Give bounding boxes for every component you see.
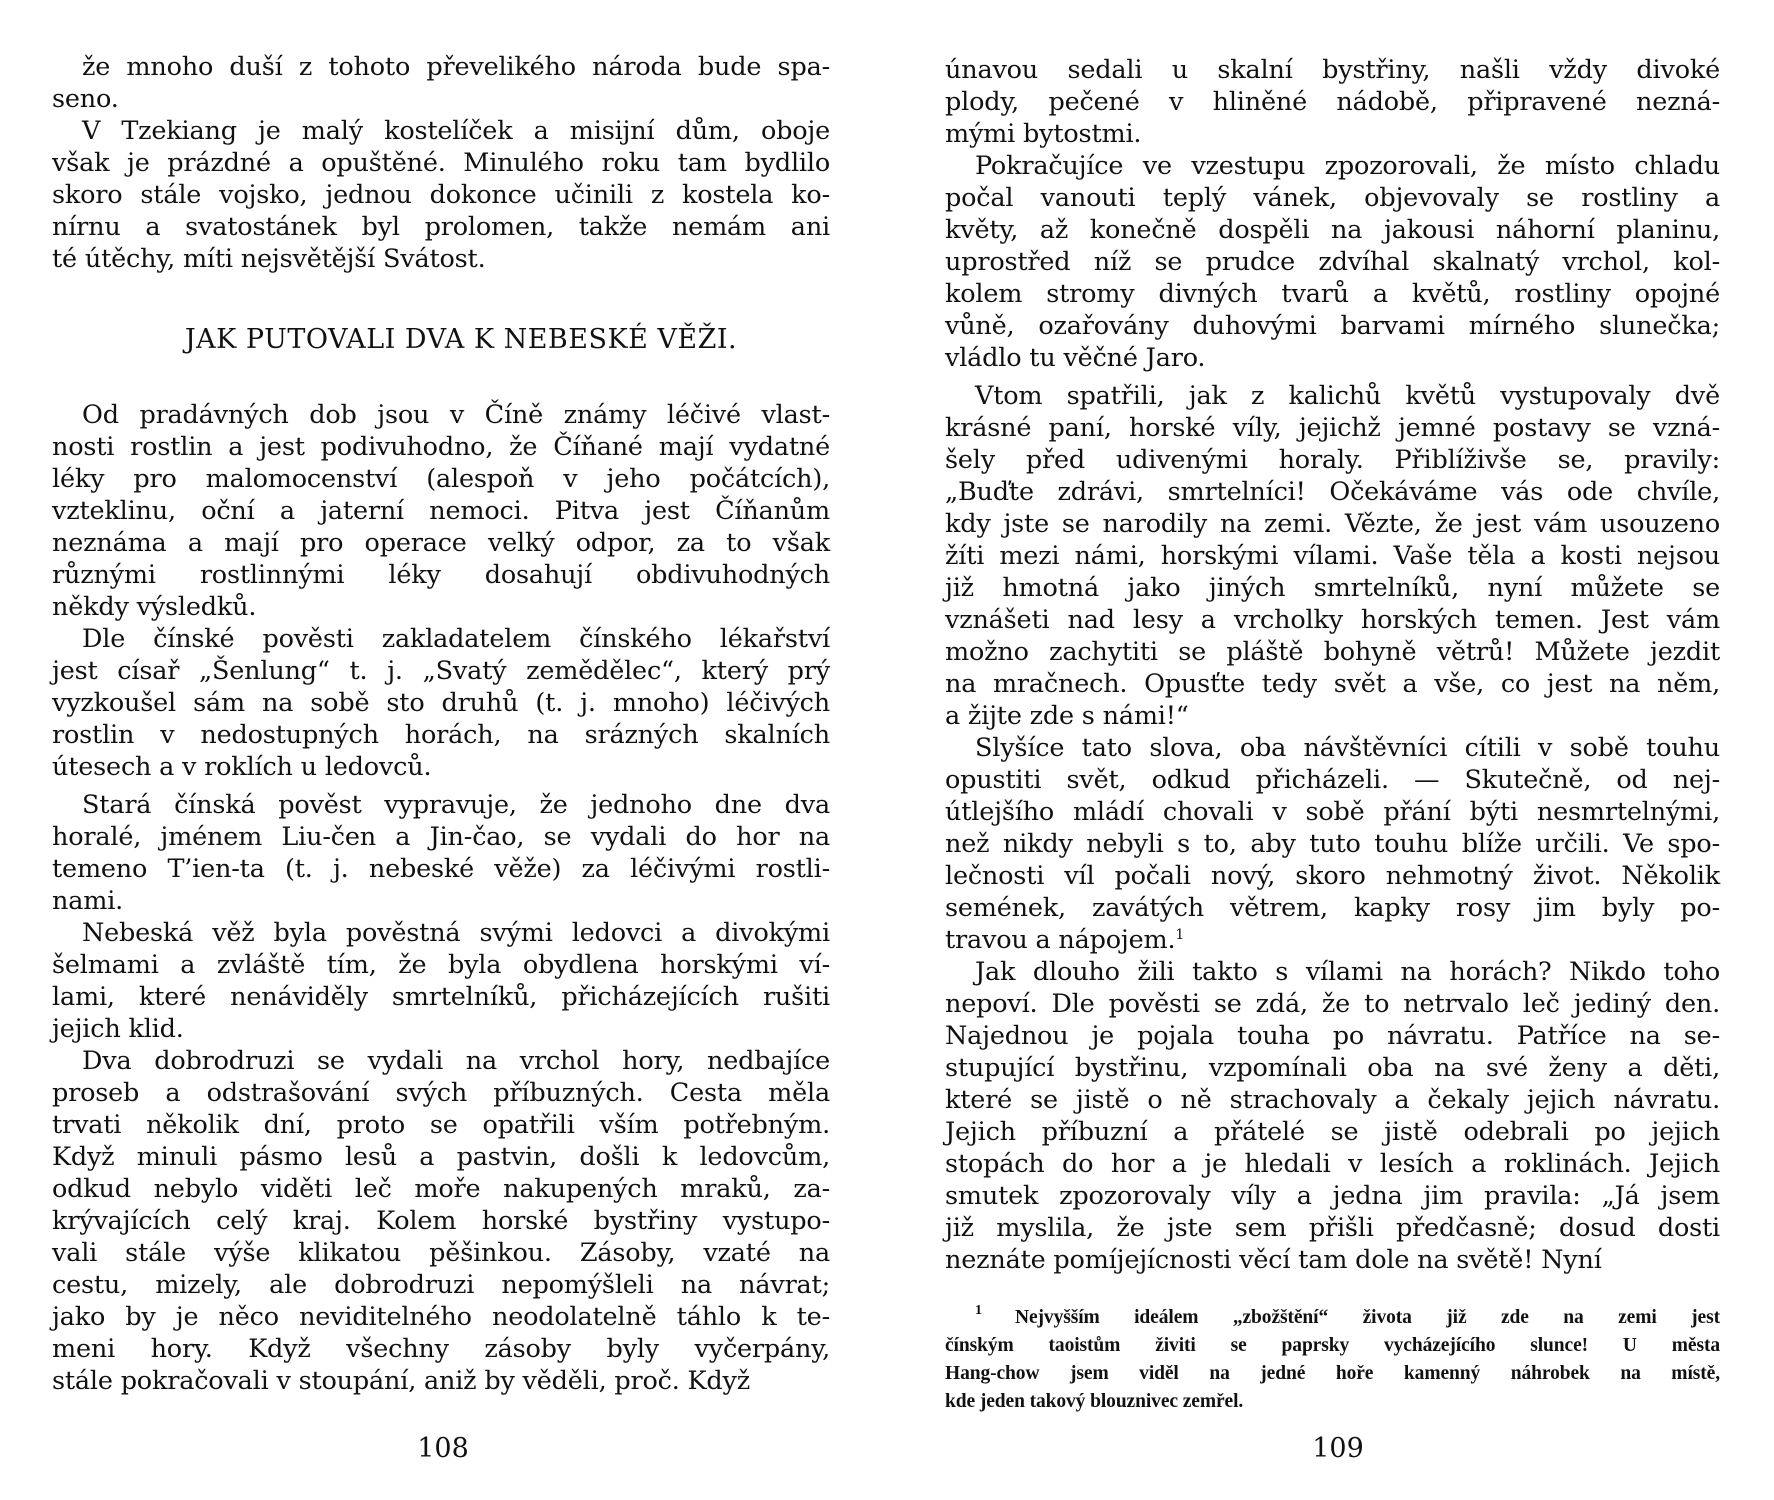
- text-line: krývajících celý kraj. Kolem horské byst…: [52, 1205, 830, 1237]
- text-line: jejich klid.: [52, 1013, 830, 1045]
- text-line: možno zachytiti se pláště bohyně větrů! …: [945, 636, 1720, 668]
- text-line: Od pradávných dob jsou v Číně známy léči…: [52, 399, 830, 431]
- text-line: Dle čínské pověsti zakladatelem čínského…: [52, 623, 830, 655]
- text-line: vali stále výše klikatou pěšinkou. Zásob…: [52, 1237, 830, 1269]
- footnote-line: čínským taoistům živiti se paprsky vychá…: [945, 1332, 1720, 1360]
- text-line: Nebeská věž byla pověstná svými ledovci …: [52, 917, 830, 949]
- text-line: uprostřed níž se prudce zdvíhal skalnatý…: [945, 246, 1720, 278]
- paragraph: Slyšíce tato slova, oba návštěvníci cíti…: [945, 732, 1720, 956]
- text-line: „Buďte zdrávi, smrtelníci! Očekáváme vás…: [945, 476, 1720, 508]
- footnote: 1 Nejvyšším ideálem „zbožštění“ života j…: [945, 1304, 1720, 1416]
- text-line: Jejich příbuzní a přátelé se jistě odebr…: [945, 1116, 1720, 1148]
- text-line: Najednou je pojala touha po návratu. Pat…: [945, 1020, 1720, 1052]
- text-line: šelmami a zvláště tím, že byla obydlena …: [52, 949, 830, 981]
- paragraph: V Tzekiang je malý kostelíček a misijní …: [52, 115, 830, 275]
- text-line: kdy jste se narodily na zemi. Vězte, že …: [945, 508, 1720, 540]
- text-line: však je prázdné a opuštěné. Minulého rok…: [52, 147, 830, 179]
- left-page: že mnoho duší z tohoto převelikého národ…: [52, 0, 830, 1500]
- page-number-left: 108: [403, 1432, 483, 1466]
- text-line: skoro stále vojsko, jednou dokonce učini…: [52, 179, 830, 211]
- text-line: vznášeti nad lesy a vrcholky horských te…: [945, 604, 1720, 636]
- text-line: únavou sedali u skalní bystřiny, našli v…: [945, 54, 1720, 86]
- text-line: jako by je něco neviditelného neodolatel…: [52, 1301, 830, 1333]
- text-line: mými bytostmi.: [945, 118, 1720, 150]
- text-line: stopách do hor a je hledali v lesích a r…: [945, 1148, 1720, 1180]
- text-line: nosti rostlin a jest podivuhodno, že Číň…: [52, 431, 830, 463]
- text-line: semének, zavátých větrem, kapky rosy jim…: [945, 892, 1720, 924]
- footnote-line: kde jeden takový blouznivec zemřel.: [945, 1388, 1720, 1416]
- text-line: seno.: [52, 83, 830, 115]
- text-line: léky pro malomocenství (alespoň v jeho p…: [52, 463, 830, 495]
- text-line: rostlin v nedostupných horách, na srázný…: [52, 719, 830, 751]
- right-body-text: únavou sedali u skalní bystřiny, našli v…: [945, 54, 1720, 1276]
- text-line: nami.: [52, 885, 830, 917]
- text-line: květy, až konečně dospěli na jakousi náh…: [945, 214, 1720, 246]
- footnote-reference[interactable]: 1: [1175, 927, 1184, 943]
- paragraph: Jak dlouho žili takto s vílami na horách…: [945, 956, 1720, 1276]
- text-line: horalé, jménem Liu-čen a Jin-čao, se vyd…: [52, 821, 830, 853]
- left-body-text: Od pradávných dob jsou v Číně známy léči…: [52, 399, 830, 1397]
- footnote-line: 1 Nejvyšším ideálem „zbožštění“ života j…: [945, 1304, 1720, 1332]
- text-line: neznáte pomíjejícnosti věcí tam dole na …: [945, 1244, 1720, 1276]
- text-line: a žijte zde s námi!“: [945, 700, 1720, 732]
- text-line: žíti mezi námi, horskými vílami. Vaše tě…: [945, 540, 1720, 572]
- text-line: krásné paní, horské víly, jejichž jemné …: [945, 412, 1720, 444]
- paragraph: Od pradávných dob jsou v Číně známy léči…: [52, 399, 830, 623]
- text-line: temeno T’ien-ta (t. j. nebeské věže) za …: [52, 853, 830, 885]
- text-line: na mračnech. Opusťte tedy svět a vše, co…: [945, 668, 1720, 700]
- paragraph: Dle čínské pověsti zakladatelem čínského…: [52, 623, 830, 783]
- paragraph: Vtom spatřili, jak z kalichů květů vystu…: [945, 380, 1720, 732]
- text-line: proseb a odstrašování svých příbuzných. …: [52, 1077, 830, 1109]
- text-line: trvati několik dní, proto se opatřili vš…: [52, 1109, 830, 1141]
- text-line: že mnoho duší z tohoto převelikého národ…: [52, 51, 830, 83]
- left-intro-text: že mnoho duší z tohoto převelikého národ…: [52, 51, 830, 275]
- page-number-right: 109: [1298, 1432, 1378, 1466]
- text-line: vyzkoušel sám na sobě sto druhů (t. j. m…: [52, 687, 830, 719]
- text-line: jest císař „Šenlung“ t. j. „Svatý zemědě…: [52, 655, 830, 687]
- text-line: vzteklinu, oční a jaterní nemoci. Pitva …: [52, 495, 830, 527]
- text-line: stále pokračovali v stoupání, aniž by vě…: [52, 1365, 830, 1397]
- text-line: již hmotná jako jiných smrtelníků, nyní …: [945, 572, 1720, 604]
- chapter-heading: JAK PUTOVALI DVA K NEBESKÉ VĚŽI.: [130, 322, 792, 358]
- paragraph: Pokračujíce ve vzestupu zpozorovali, že …: [945, 150, 1720, 374]
- text-line: neznáma a mají pro operace velký odpor, …: [52, 527, 830, 559]
- text-line: opustiti svět, odkud přicházeli. — Skute…: [945, 764, 1720, 796]
- text-line: někdy výsledků.: [52, 591, 830, 623]
- text-line: stupující bystřinu, vzpomínali oba na sv…: [945, 1052, 1720, 1084]
- paragraph: Dva dobrodruzi se vydali na vrchol hory,…: [52, 1045, 830, 1397]
- text-line: Pokračujíce ve vzestupu zpozorovali, že …: [945, 150, 1720, 182]
- text-line: vládlo tu věčné Jaro.: [945, 342, 1720, 374]
- text-line: Vtom spatřili, jak z kalichů květů vystu…: [945, 380, 1720, 412]
- paragraph: že mnoho duší z tohoto převelikého národ…: [52, 51, 830, 115]
- text-line: té útěchy, míti nejsvětější Svátost.: [52, 243, 830, 275]
- text-line: lami, které nenáviděly smrtelníků, přich…: [52, 981, 830, 1013]
- paragraph: Nebeská věž byla pověstná svými ledovci …: [52, 917, 830, 1045]
- text-line: Stará čínská pověst vypravuje, že jednoh…: [52, 789, 830, 821]
- footnote-marker: 1: [975, 1303, 1015, 1318]
- text-line: plody, pečené v hliněné nádobě, připrave…: [945, 86, 1720, 118]
- text-line: Dva dobrodruzi se vydali na vrchol hory,…: [52, 1045, 830, 1077]
- text-line: počal vanouti teplý vánek, objevovaly se…: [945, 182, 1720, 214]
- text-line: šely před udivenými horaly. Přiblíživše …: [945, 444, 1720, 476]
- text-line: útlejšího mládí chovali v sobě přání být…: [945, 796, 1720, 828]
- text-line: než nikdy nebyli s to, aby tuto touhu bl…: [945, 828, 1720, 860]
- text-line: které se jistě o ně strachovaly a čekaly…: [945, 1084, 1720, 1116]
- text-line: Když minuli pásmo lesů a pastvin, došli …: [52, 1141, 830, 1173]
- footnote-line: Hang-chow jsem viděl na jedné hoře kamen…: [945, 1360, 1720, 1388]
- right-page: únavou sedali u skalní bystřiny, našli v…: [945, 0, 1720, 1500]
- text-line: různými rostlinnými léky dosahují obdivu…: [52, 559, 830, 591]
- text-line: útesech a v roklích u ledovců.: [52, 751, 830, 783]
- paragraph: únavou sedali u skalní bystřiny, našli v…: [945, 54, 1720, 150]
- text-line: travou a nápojem.1: [945, 924, 1720, 956]
- text-line: cestu, mizely, ale dobrodruzi nepomýšlel…: [52, 1269, 830, 1301]
- paragraph: Stará čínská pověst vypravuje, že jednoh…: [52, 789, 830, 917]
- text-line: nírnu a svatostánek byl prolomen, takže …: [52, 211, 830, 243]
- text-line: vůně, ozařovány duhovými barvami mírného…: [945, 310, 1720, 342]
- text-line: odkud nebylo viděti leč moře nakupených …: [52, 1173, 830, 1205]
- text-line: V Tzekiang je malý kostelíček a misijní …: [52, 115, 830, 147]
- text-line: meni hory. Když všechny zásoby byly vyče…: [52, 1333, 830, 1365]
- text-line: kolem stromy divných tvarů a květů, rost…: [945, 278, 1720, 310]
- text-line: nepoví. Dle pověsti se zdá, že to netrva…: [945, 988, 1720, 1020]
- text-line: lečnosti víl počali nový, skoro nehmotný…: [945, 860, 1720, 892]
- text-line: Slyšíce tato slova, oba návštěvníci cíti…: [945, 732, 1720, 764]
- text-line: již myslila, že jste sem přišli předčasn…: [945, 1212, 1720, 1244]
- text-line: Jak dlouho žili takto s vílami na horách…: [945, 956, 1720, 988]
- text-line: smutek zpozorovaly víly a jedna jim prav…: [945, 1180, 1720, 1212]
